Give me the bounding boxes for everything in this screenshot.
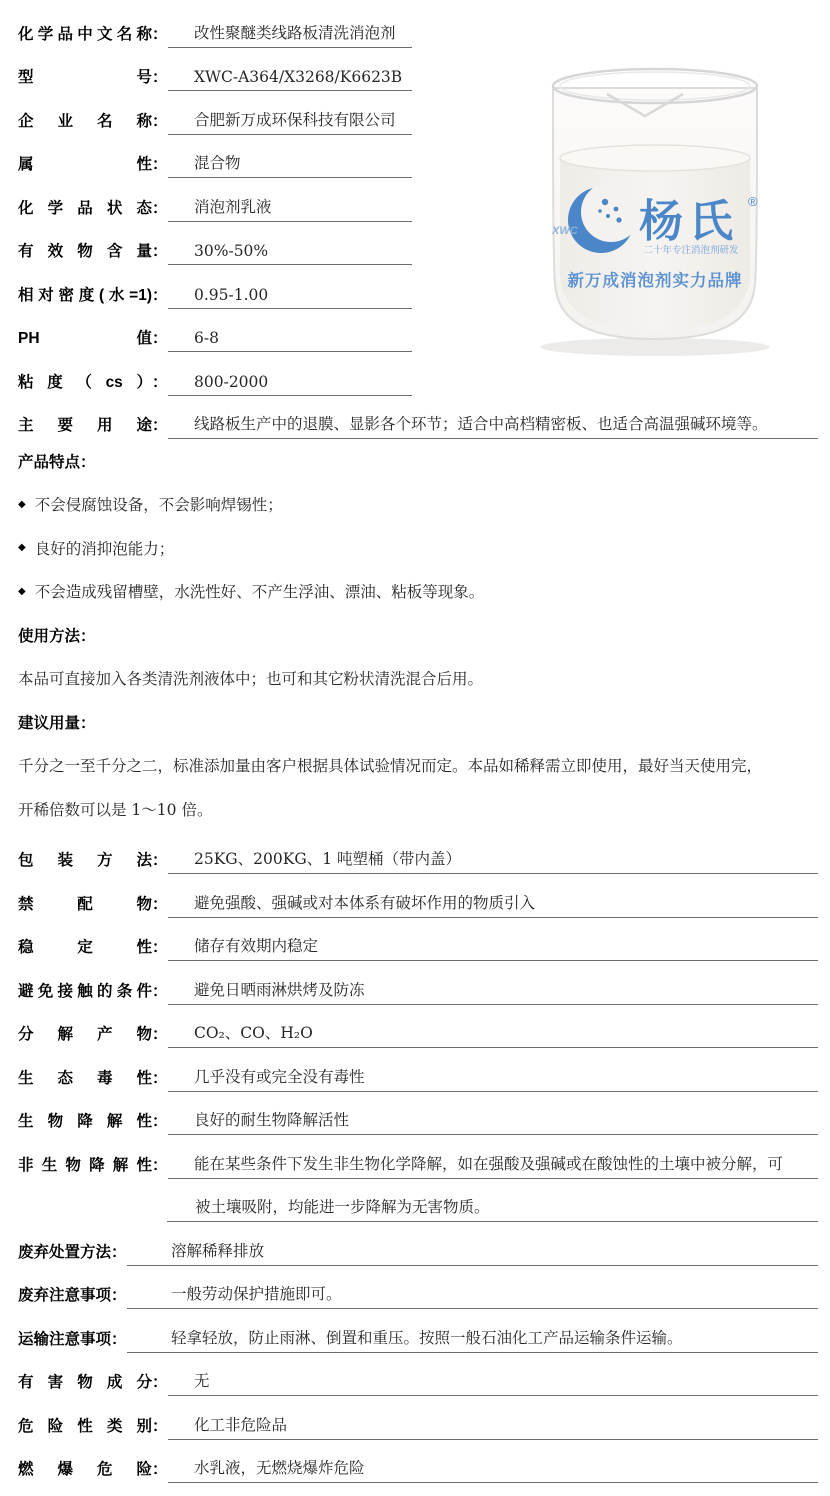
colon: ： (111, 1283, 127, 1309)
field-row-conditions-to-avoid: 避免接触的条件：避免日晒雨淋烘烤及防冻 (18, 961, 818, 1005)
field-value: 25KG、200KG、1 吨塑桶（带内盖） (168, 847, 818, 874)
field-row-biodegradability: 生物降解性：良好的耐生物降解活性 (18, 1092, 818, 1136)
field-row-hazard-class: 危险性类别：化工非危险品 (18, 1396, 818, 1440)
colon: ： (152, 413, 168, 439)
field-label: 主要用途 (18, 413, 152, 439)
field-value: 消泡剂乳液 (168, 195, 412, 222)
field-value: 一般劳动保护措施即可。 (127, 1282, 818, 1309)
field-value: 轻拿轻放，防止雨淋、倒置和重压。按照一般石油化工产品运输条件运输。 (127, 1326, 818, 1353)
colon: ： (152, 109, 168, 135)
dosage-heading: 建议用量： (18, 700, 818, 744)
feature-item: ◆良好的消抑泡能力； (18, 526, 818, 570)
field-label: 粘度（cs） (18, 370, 152, 396)
field-label: 燃爆危险 (18, 1457, 152, 1483)
field-label: 非生物降解性 (18, 1153, 152, 1179)
colon: ： (152, 892, 168, 918)
field-value: 几乎没有或完全没有毒性 (168, 1065, 818, 1092)
field-value: 800-2000 (168, 373, 412, 396)
colon: ： (152, 848, 168, 874)
field-value: 能在某些条件下发生非生物化学降解，如在强酸及强碱或在酸蚀性的土壤中被分解，可 (168, 1152, 818, 1179)
field-label: 分解产物 (18, 1022, 152, 1048)
colon: ： (152, 196, 168, 222)
field-value: 化工非危险品 (168, 1413, 818, 1440)
dosage-line-2: 开稀倍数可以是 1～10 倍。 (18, 787, 818, 831)
field-row-eco-toxicity: 生态毒性：几乎没有或完全没有毒性 (18, 1048, 818, 1092)
bullet-diamond-icon: ◆ (18, 499, 26, 510)
features-heading: 产品特点： (18, 439, 818, 483)
field-row-packaging: 包装方法：25KG、200KG、1 吨塑桶（带内盖） (18, 831, 818, 875)
colon: ： (152, 283, 168, 309)
colon: ： (152, 65, 168, 91)
beaker-shadow (540, 338, 770, 356)
registered-mark: ® (748, 194, 758, 209)
field-value: 无 (168, 1369, 818, 1396)
bullet-diamond-icon: ◆ (18, 586, 26, 597)
field-label: 化学品状态 (18, 196, 152, 222)
feature-text: 不会造成残留槽壁，水洗性好、不产生浮油、漂油、粘板等现象。 (35, 580, 485, 602)
field-label: 危险性类别 (18, 1414, 152, 1440)
field-label: 禁配物 (18, 892, 152, 918)
field-label: 有效物含量 (18, 239, 152, 265)
field-row-main-usage: 主要用途：线路板生产中的退膜、显影各个环节；适合中高档精密板、也适合高温强碱环境… (18, 396, 818, 440)
field-row-abiotic-degradability: 非生物降解性：能在某些条件下发生非生物化学降解，如在强酸及强碱或在酸蚀性的土壤中… (18, 1135, 818, 1179)
brand-tagline: 二十年专注消泡剂研发 (643, 244, 739, 256)
product-datasheet: 化学品中文名称：改性聚醚类线路板清洗消泡剂 型号：XWC-A364/X3268/… (0, 0, 830, 1496)
field-label: 废弃处置方法 (18, 1240, 111, 1266)
colon: ： (152, 1370, 168, 1396)
feature-text: 良好的消抑泡能力； (35, 537, 175, 559)
field-row-disposal-precautions: 废弃注意事项：一般劳动保护措施即可。 (18, 1266, 818, 1310)
colon: ： (152, 370, 168, 396)
colon: ： (111, 1327, 127, 1353)
xwc-logo-text: XWC (551, 225, 579, 237)
colon: ： (152, 1414, 168, 1440)
usage-method-body: 本品可直接加入各类清洗剂液体中；也可和其它粉状清洗混合后用。 (18, 657, 818, 701)
colon: ： (152, 1022, 168, 1048)
usage-method-heading: 使用方法： (18, 613, 818, 657)
field-label: 运输注意事项 (18, 1327, 111, 1353)
field-label: 属性 (18, 152, 152, 178)
field-value: 30%-50% (168, 242, 412, 265)
field-label: 企业名称 (18, 109, 152, 135)
field-row-decomposition-products: 分解产物：CO₂、CO、H₂O (18, 1005, 818, 1049)
field-value: 避免日晒雨淋烘烤及防冻 (168, 978, 818, 1005)
colon: ： (152, 1153, 168, 1179)
field-label: 避免接触的条件 (18, 979, 152, 1005)
field-value: 线路板生产中的退膜、显影各个环节；适合中高档精密板、也适合高温强碱环境等。 (168, 412, 818, 439)
bullet-diamond-icon: ◆ (18, 542, 26, 553)
field-label: 化学品中文名称 (18, 22, 152, 48)
feature-text: 不会侵腐蚀设备，不会影响焊锡性； (35, 493, 283, 515)
field-label: 相对密度(水=1) (18, 283, 152, 309)
field-label: 生态毒性 (18, 1066, 152, 1092)
colon: ： (152, 935, 168, 961)
dosage-line-1: 千分之一至千分之二，标准添加量由客户根据具体试验情况而定。本品如稀释需立即使用，… (18, 744, 818, 788)
colon: ： (152, 22, 168, 48)
field-label: 生物降解性 (18, 1109, 152, 1135)
colon: ： (152, 326, 168, 352)
field-row-abiotic-degradability-cont: 被土壤吸附，均能进一步降解为无害物质。 (18, 1179, 818, 1223)
liquid-surface (560, 145, 750, 171)
colon: ： (152, 1066, 168, 1092)
field-value: CO₂、CO、H₂O (168, 1021, 818, 1048)
field-label: 有害物成分 (18, 1370, 152, 1396)
field-label: 包装方法 (18, 848, 152, 874)
colon: ： (152, 239, 168, 265)
colon: ： (111, 1240, 127, 1266)
field-value: 改性聚醚类线路板清洗消泡剂 (168, 21, 412, 48)
field-row-disposal-method: 废弃处置方法：溶解稀释排放 (18, 1222, 818, 1266)
feature-item: ◆不会造成残留槽壁，水洗性好、不产生浮油、漂油、粘板等现象。 (18, 570, 818, 614)
field-label: 型号 (18, 65, 152, 91)
colon: ： (152, 152, 168, 178)
field-value: 水乳液，无燃烧爆炸危险 (168, 1456, 818, 1483)
field-value: 储存有效期内稳定 (168, 934, 818, 961)
beaker-image: XWC 杨氏 ® 二十年专注消泡剂研发 新万成消泡剂实力品牌 (505, 50, 825, 362)
field-value: 混合物 (168, 151, 412, 178)
field-row-stability: 稳定性：储存有效期内稳定 (18, 918, 818, 962)
field-row-chemical-name: 化学品中文名称：改性聚醚类线路板清洗消泡剂 (18, 4, 818, 48)
field-value: 被土壤吸附，均能进一步降解为无害物质。 (167, 1195, 818, 1222)
field-label: 废弃注意事项 (18, 1283, 111, 1309)
field-value: 0.95-1.00 (168, 286, 412, 309)
brand-logo-text: 杨氏 (639, 196, 739, 247)
field-label: PH值 (18, 326, 152, 352)
colon: ： (152, 1457, 168, 1483)
colon: ： (152, 1109, 168, 1135)
feature-item: ◆不会侵腐蚀设备，不会影响焊锡性； (18, 483, 818, 527)
field-value: 良好的耐生物降解活性 (168, 1108, 818, 1135)
field-value: 合肥新万成环保科技有限公司 (168, 108, 412, 135)
field-row-incompatibles: 禁配物：避免强酸、强碱或对本体系有破坏作用的物质引入 (18, 874, 818, 918)
field-row-transport-precautions: 运输注意事项：轻拿轻放，防止雨淋、倒置和重压。按照一般石油化工产品运输条件运输。 (18, 1309, 818, 1353)
field-value: XWC-A364/X3268/K6623B (168, 68, 412, 91)
field-row-explosion-hazard: 燃爆危险：水乳液，无燃烧爆炸危险 (18, 1440, 818, 1484)
field-value: 避免强酸、强碱或对本体系有破坏作用的物质引入 (168, 891, 818, 918)
field-value: 溶解稀释排放 (127, 1239, 818, 1266)
colon: ： (152, 979, 168, 1005)
field-row-harmful-components: 有害物成分：无 (18, 1353, 818, 1397)
brand-slogan: 新万成消泡剂实力品牌 (568, 270, 743, 290)
field-value: 6-8 (168, 329, 412, 352)
product-photo: XWC 杨氏 ® 二十年专注消泡剂研发 新万成消泡剂实力品牌 (505, 50, 825, 362)
field-label: 稳定性 (18, 935, 152, 961)
